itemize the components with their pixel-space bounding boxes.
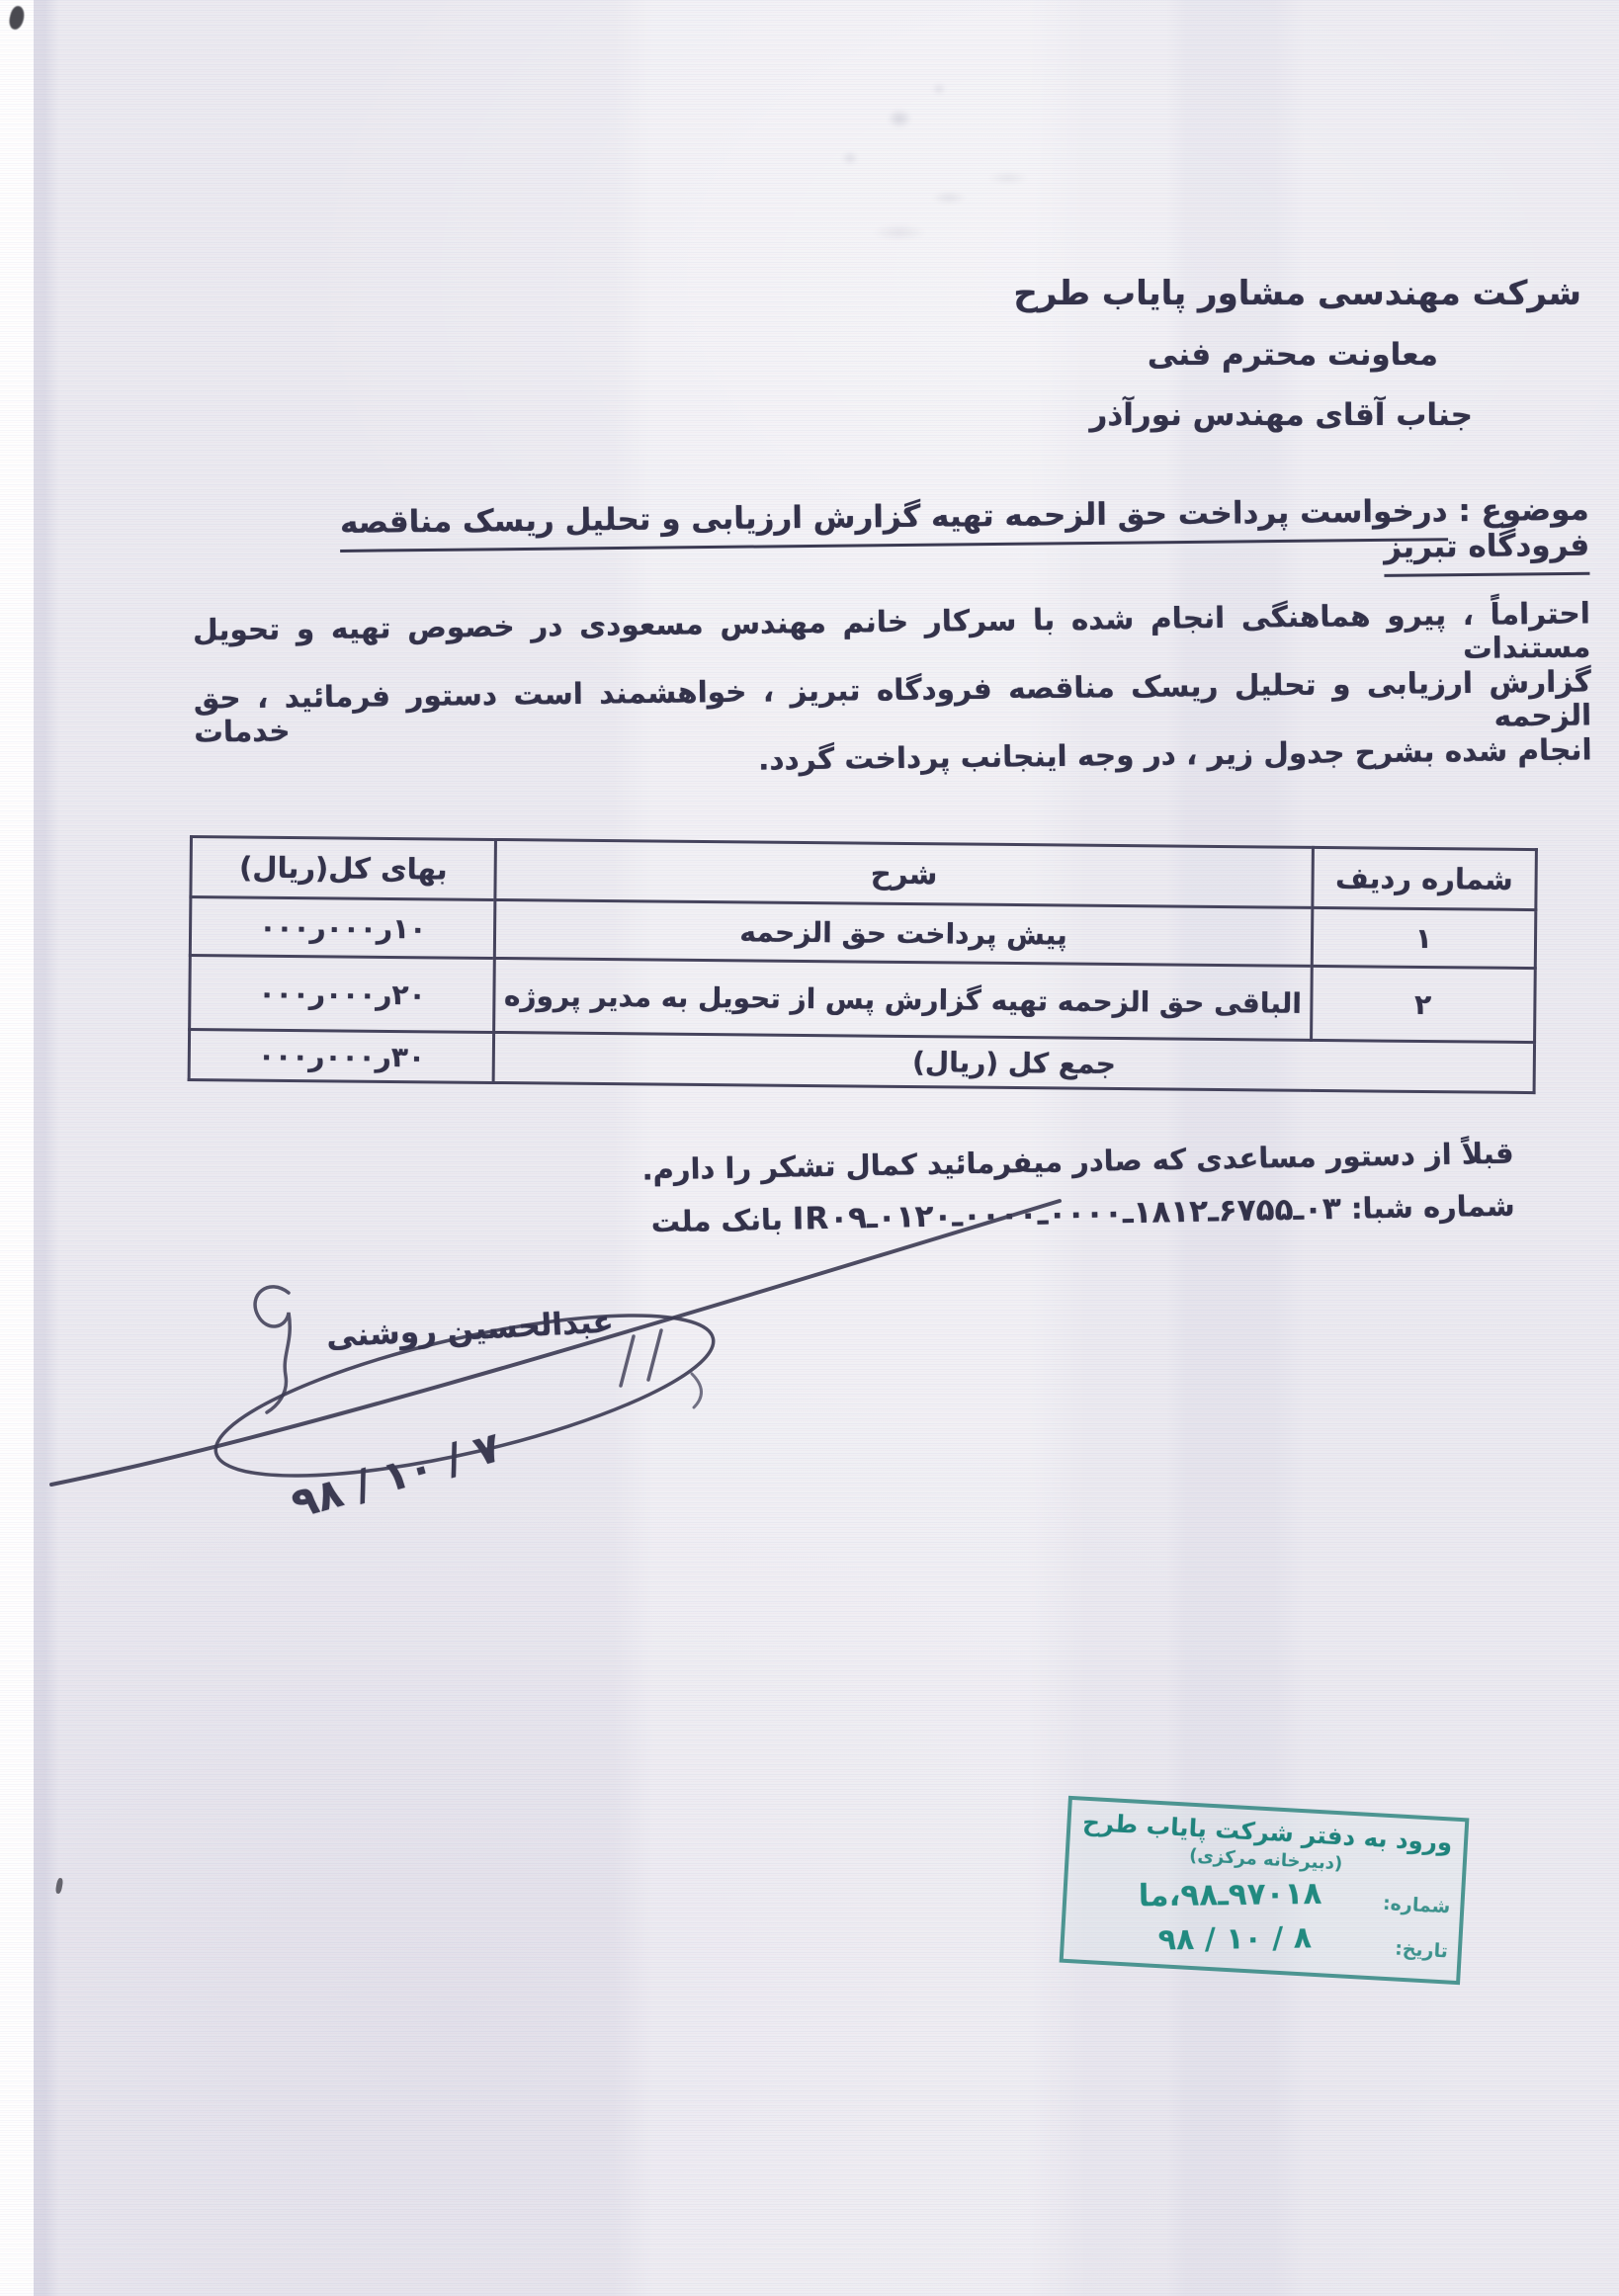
header-row-number: شماره ردیف xyxy=(1312,847,1536,909)
subject-label: موضوع : xyxy=(1447,492,1589,529)
stamp-date-digits: ۹۸ / ۱۰ / ۸ xyxy=(1158,1921,1313,1958)
recipient-name: جناب آقای مهندس نورآذر xyxy=(1013,400,1473,431)
letter-header: شرکت مهندسی مشاور پایاب طرح معاونت محترم… xyxy=(1013,277,1581,431)
stamp-number-digits: ام،۹۸ـ۹۷۰۱۸ xyxy=(1138,1876,1321,1914)
header-total-price: بهای کل(ریال) xyxy=(191,837,496,900)
body-paragraph: احتراماً ، پیرو هماهنگی انجام شده با سرک… xyxy=(193,596,1592,817)
cell-grand-total-label: جمع کل (ریال) xyxy=(493,1032,1534,1092)
stamp-date-value: ۹۸ / ۱۰ / ۸ xyxy=(1074,1919,1396,1959)
fee-table: شماره ردیف شرح بهای کل(ریال) ۱ پیش پرداخ… xyxy=(188,835,1538,1094)
subject-line: موضوع : درخواست پرداخت حق الزحمه تهیه گز… xyxy=(213,492,1590,578)
sheba-label: شماره شبا: xyxy=(1340,1189,1514,1226)
subject-text: درخواست پرداخت حق الزحمه تهیه گزارش ارزی… xyxy=(340,493,1590,577)
recipient-title: معاونت محترم فنی xyxy=(1013,340,1438,371)
cell-description: الباقی حق الزحمه تهیه گزارش پس از تحویل … xyxy=(494,958,1312,1040)
signature-strokes xyxy=(0,1127,1147,1601)
stamp-number-value: ام،۹۸ـ۹۷۰۱۸ xyxy=(1076,1875,1383,1914)
stamp-date-row: تاریخ: ۹۸ / ۱۰ / ۸ xyxy=(1073,1913,1448,1969)
pencil-smudge xyxy=(781,49,1107,257)
cell-row-number: ۱ xyxy=(1312,907,1536,968)
fee-table-wrapper: شماره ردیف شرح بهای کل(ریال) ۱ پیش پرداخ… xyxy=(188,835,1538,1094)
cell-total: ۲۰ر۰۰۰ر۰۰۰ xyxy=(190,956,495,1033)
company-name: شرکت مهندسی مشاور پایاب طرح xyxy=(1013,277,1581,310)
stamp-date-label: تاریخ: xyxy=(1395,1937,1449,1962)
cell-description: پیش پرداخت حق الزحمه xyxy=(495,899,1313,966)
cell-grand-total: ۳۰ر۰۰۰ر۰۰۰ xyxy=(189,1030,494,1083)
header-description: شرح xyxy=(495,839,1313,907)
received-stamp: ورود به دفتر شرکت پایاب طرح (دبیرخانه مر… xyxy=(1060,1796,1470,1986)
cell-total: ۱۰ر۰۰۰ر۰۰۰ xyxy=(190,897,495,959)
table-row: ۲ الباقی حق الزحمه تهیه گزارش پس از تحوی… xyxy=(190,956,1536,1043)
cell-row-number: ۲ xyxy=(1311,966,1535,1042)
stamp-number-label: شماره: xyxy=(1383,1893,1451,1918)
scanned-letter-page: { "colors": { "paper": "#ebeaf0", "ink":… xyxy=(0,0,1619,2296)
